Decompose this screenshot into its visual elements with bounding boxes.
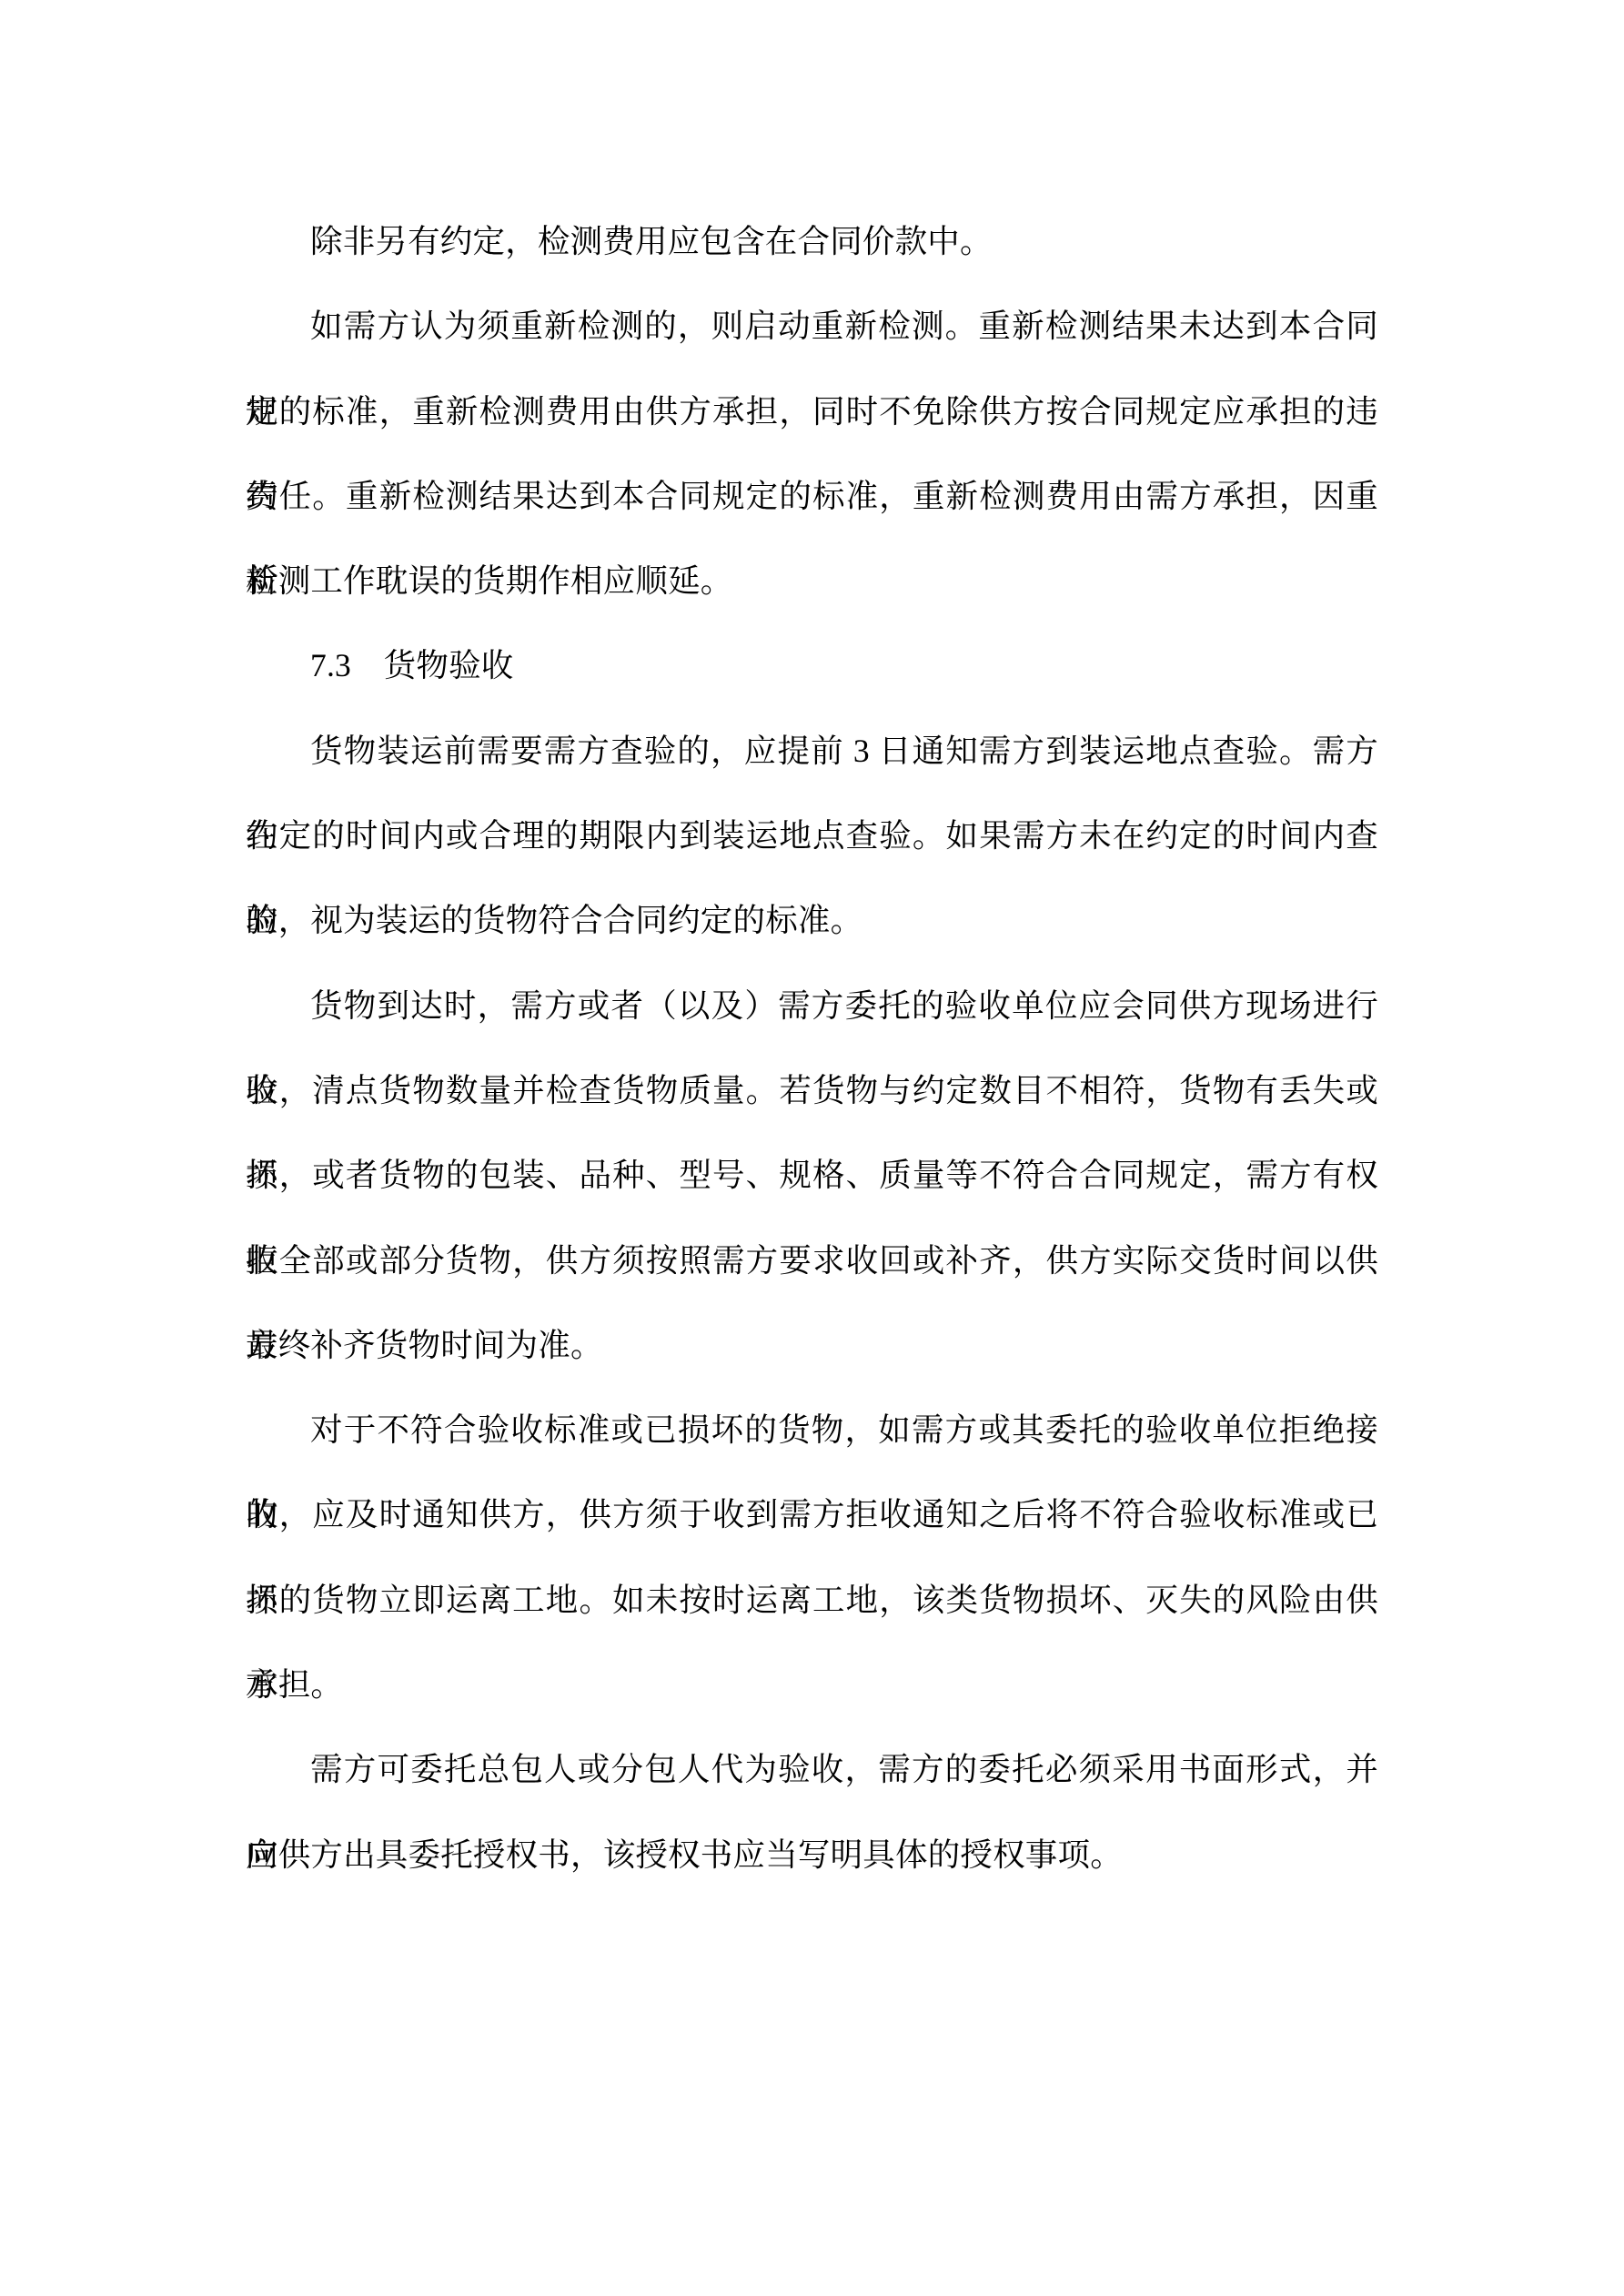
text-line: 需方可委托总包人或分包人代为验收，需方的委托必须采用书面形式，并应 (246, 1727, 1378, 1812)
text-line: 约定的时间内或合理的期限内到装运地点查验。如果需方未在约定的时间内查验 (246, 794, 1378, 878)
text-line: 责任。重新检测结果达到本合同规定的标准，重新检测费用由需方承担，因重新 (246, 454, 1378, 539)
text-line: 定的标准，重新检测费用由供方承担，同时不免除供方按合同规定应承担的违约 (246, 369, 1378, 454)
text-line: 最终补齐货物时间为准。 (246, 1303, 1378, 1388)
text-line: 如需方认为须重新检测的，则启动重新检测。重新检测结果未达到本合同规 (246, 284, 1378, 369)
text-line: 货物装运前需要需方查验的，应提前 3 日通知需方到装运地点查验。需方在 (246, 709, 1378, 794)
text-line: 坏的货物立即运离工地。如未按时运离工地，该类货物损坏、灭失的风险由供方 (246, 1558, 1378, 1643)
text-line: 收，清点货物数量并检查货物质量。若货物与约定数目不相符，货物有丢失或损 (246, 1048, 1378, 1133)
text-line: 除非另有约定，检测费用应包含在合同价款中。 (246, 199, 1378, 284)
text-line: 坏，或者货物的包装、品种、型号、规格、质量等不符合合同规定，需方有权拒 (246, 1133, 1378, 1218)
document-body: 除非另有约定，检测费用应包含在合同价款中。如需方认为须重新检测的，则启动重新检测… (246, 199, 1378, 1897)
text-line: 检测工作耽误的货期作相应顺延。 (246, 539, 1378, 623)
text-line: 承担。 (246, 1643, 1378, 1727)
text-line: 对于不符合验收标准或已损坏的货物，如需方或其委托的验收单位拒绝接收 (246, 1388, 1378, 1472)
text-line: 的，视为装运的货物符合合同约定的标准。 (246, 878, 1378, 963)
document-page: 除非另有约定，检测费用应包含在合同价款中。如需方认为须重新检测的，则启动重新检测… (0, 0, 1624, 2296)
text-line: 的，应及时通知供方，供方须于收到需方拒收通知之后将不符合验收标准或已损 (246, 1472, 1378, 1557)
text-line: 收全部或部分货物，供方须按照需方要求收回或补齐，供方实际交货时间以供方 (246, 1219, 1378, 1303)
section-heading: 7.3 货物验收 (246, 623, 1378, 708)
text-line: 货物到达时，需方或者（以及）需方委托的验收单位应会同供方现场进行验 (246, 964, 1378, 1048)
text-line: 向供方出具委托授权书，该授权书应当写明具体的授权事项。 (246, 1813, 1378, 1897)
